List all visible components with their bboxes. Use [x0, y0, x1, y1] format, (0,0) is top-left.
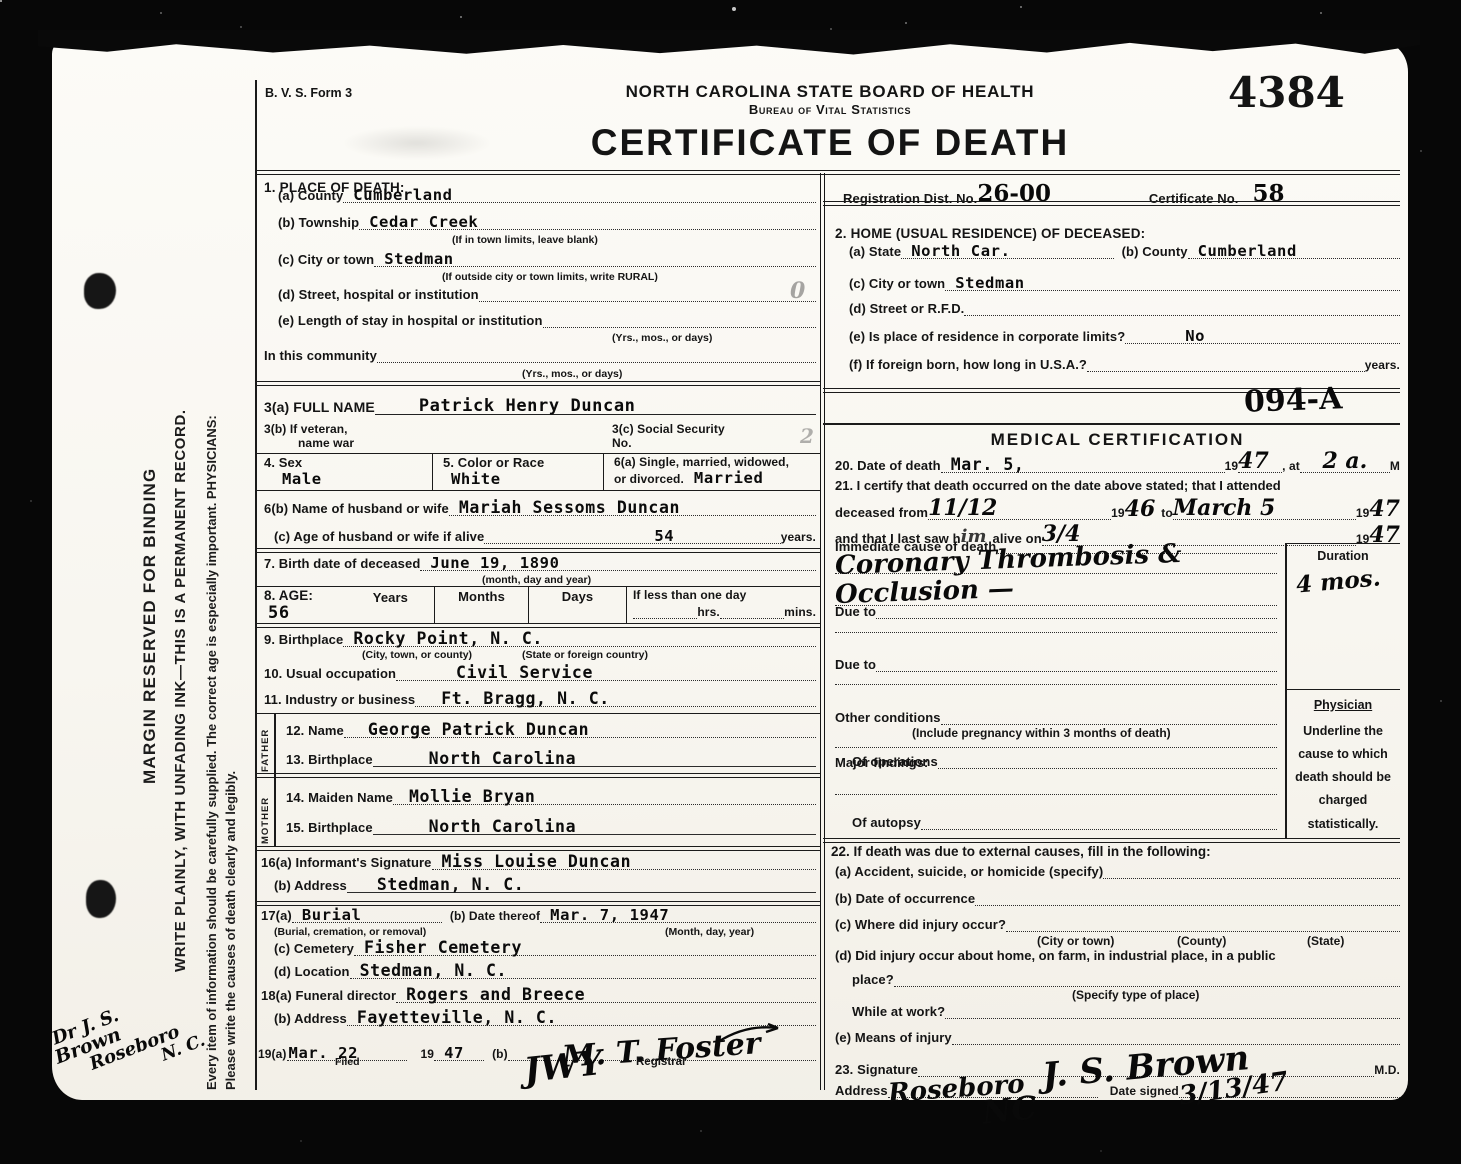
dod-label: 20. Date of death — [835, 458, 941, 473]
duration-value: 4 mos. — [1295, 566, 1381, 596]
mother-birthplace-label: 15. Birthplace — [286, 820, 373, 835]
attended-to-value: March 5 — [1173, 497, 1276, 519]
margin-binding-text: MARGIN RESERVED FOR BINDING — [140, 468, 160, 784]
spouse-label: 6(b) Name of husband or wife — [264, 501, 449, 516]
months-cell: Months — [434, 586, 528, 623]
marital-label-2: or divorced. — [614, 472, 684, 486]
filed-19: 19 — [407, 1047, 435, 1061]
burial-location-value: Stedman, N. C. — [350, 961, 507, 980]
marital-label-1: 6(a) Single, married, widowed, — [614, 455, 820, 469]
attended-to-label: to — [1155, 506, 1173, 520]
dod-19: 19 — [1225, 459, 1239, 473]
funeral-addr-value: Fayetteville, N. C. — [347, 1008, 557, 1027]
to-19: 19 — [1356, 506, 1370, 520]
birthplace-value: Rocky Point, N. C. — [343, 629, 543, 648]
place-section-rule — [255, 381, 820, 386]
corner-note: Dr J. S. Brown Roseboro N. C. — [50, 981, 208, 1099]
father-birthplace-label: 13. Birthplace — [286, 752, 373, 767]
mins-label: mins. — [784, 605, 816, 619]
parents-divider — [274, 713, 276, 846]
home-county-value: Cumberland — [1188, 242, 1297, 260]
cemetery-value: Fisher Cemetery — [354, 938, 522, 957]
physician-addr-label: Address — [835, 1083, 888, 1098]
spouse-age-label: (c) Age of husband or wife if alive — [274, 529, 484, 544]
from-year: 46 — [1125, 498, 1156, 520]
less-than-day-cell: If less than one day hrs. mins. — [626, 586, 820, 623]
occupation-label: 10. Usual occupation — [264, 666, 396, 681]
bureau-name: Bureau of Vital Statistics — [520, 102, 1140, 117]
informant-sig-label: 16(a) Informant's Signature — [261, 855, 432, 870]
to-year: 47 — [1369, 498, 1400, 520]
age-days-header: Days — [562, 589, 593, 604]
father-name-label: 12. Name — [286, 723, 344, 738]
place-county-value: Cumberland — [343, 186, 452, 204]
stray-pencil-two: 2 — [800, 426, 814, 446]
township-note: (If in town limits, leave blank) — [452, 234, 598, 246]
medical-code: 094-A — [1244, 384, 1343, 417]
age-years-header: Years — [373, 588, 434, 623]
punch-hole-top — [84, 273, 116, 309]
mother-side-label: MOTHER — [260, 797, 271, 844]
marital-value: Married — [684, 469, 764, 487]
sex-value: Male — [264, 470, 432, 488]
certificate-paper: MARGIN RESERVED FOR BINDING WRITE PLAINL… — [52, 42, 1408, 1100]
margin-legibly-text: Please write the causes of death clearly… — [223, 771, 238, 1090]
age-value: 56 — [264, 603, 313, 623]
burial-date-value: Mar. 7, 1947 — [540, 906, 669, 924]
birthplace-label: 9. Birthplace — [264, 632, 343, 647]
birth-date-note: (month, day and year) — [482, 574, 591, 586]
mother-birthplace-value: North Carolina — [373, 817, 576, 836]
place-city-value: Stedman — [374, 250, 454, 268]
community-label: In this community — [264, 348, 377, 363]
filed-b-label: (b) — [484, 1047, 508, 1061]
place-township-label: (b) Township — [278, 215, 359, 230]
mother-name-label: 14. Maiden Name — [286, 790, 393, 805]
age-label: 8. AGE: — [264, 588, 313, 603]
punch-hole-bottom — [86, 880, 116, 918]
physician-box-text: Underline the cause to which death shoul… — [1290, 720, 1396, 836]
other-conditions-note: (Include pregnancy within 3 months of de… — [912, 726, 1171, 740]
film-dust — [0, 0, 2, 2]
age-months-header: Months — [458, 589, 505, 604]
full-name-value: Patrick Henry Duncan — [375, 396, 636, 416]
microfilm-scan: MARGIN RESERVED FOR BINDING WRITE PLAINL… — [0, 0, 1461, 1164]
home-years-suffix: years. — [1365, 358, 1400, 372]
spouse-value: Mariah Sessoms Duncan — [449, 498, 680, 517]
home-corp-label: (e) Is place of residence in corporate l… — [849, 329, 1125, 344]
home-state-label: (a) State — [849, 244, 901, 259]
ss-label-1: 3(c) Social Security — [612, 422, 725, 436]
parents-bottom-rule — [255, 846, 820, 851]
dod-time: 2 a. — [1322, 450, 1367, 472]
place-street-label: (d) Street, hospital or institution — [278, 287, 479, 302]
certify-statement: 21. I certify that death occurred on the… — [835, 478, 1400, 493]
father-name-value: George Patrick Duncan — [344, 720, 589, 739]
informant-addr-label: (b) Address — [274, 878, 347, 893]
date-signed-label: Date signed — [1098, 1084, 1179, 1098]
mother-name-value: Mollie Bryan — [393, 787, 535, 806]
community-note: (Yrs., mos., or days) — [522, 368, 622, 380]
less-than-day-header: If less than one day — [633, 588, 816, 602]
due-to-label-1: Due to — [835, 604, 876, 619]
city-note: (If outside city or town limits, write R… — [442, 271, 658, 283]
medical-bottom-rule — [823, 838, 1400, 843]
dod-at-label: , at — [1282, 459, 1300, 473]
attended-from-value: 11/12 — [928, 497, 997, 519]
ss-field: 3(c) Social Security No. — [612, 422, 725, 450]
dod-value: Mar. 5, — [941, 455, 1025, 474]
informant-addr-value: Stedman, N. C. — [347, 875, 524, 894]
home-city-label: (c) City or town — [849, 276, 945, 291]
of-operations-label: Of operations — [852, 754, 938, 769]
external-a-label: (a) Accident, suicide, or homicide (spec… — [835, 864, 1103, 879]
side-box-divider — [1285, 543, 1287, 838]
sex-cell: 4. Sex Male — [255, 453, 432, 490]
sex-label: 4. Sex — [264, 455, 432, 470]
home-street-label: (d) Street or R.F.D. — [849, 301, 964, 316]
burial-label: 17(a) — [261, 908, 292, 923]
physician-box-top — [1285, 689, 1400, 690]
external-e-label: (e) Means of injury — [835, 1030, 952, 1045]
external-c-label: (c) Where did injury occur? — [835, 917, 1006, 932]
medical-heading: MEDICAL CERTIFICATION — [835, 430, 1400, 450]
industry-label: 11. Industry or business — [264, 692, 415, 707]
place-city-label: (c) City or town — [278, 252, 374, 267]
external-c-note1: (City or town) — [1037, 934, 1114, 948]
father-side-label: FATHER — [260, 729, 271, 772]
form-left-border — [255, 80, 257, 1090]
veteran-label-2: name war — [264, 436, 534, 450]
informant-sig-value: Miss Louise Duncan — [432, 852, 632, 871]
veteran-field: 3(b) If veteran, name war — [264, 422, 534, 450]
external-c-note3: (State) — [1307, 934, 1344, 948]
birth-date-value: June 19, 1890 — [420, 554, 559, 572]
duration-label: Duration — [1288, 549, 1398, 563]
external-d-note: (Specify type of place) — [1072, 988, 1199, 1002]
due-to-label-2: Due to — [835, 657, 876, 672]
marital-rule — [255, 490, 820, 491]
column-divider — [820, 173, 825, 1090]
filed-label: 19(a) — [258, 1047, 287, 1061]
full-name-label: 3(a) FULL NAME — [264, 399, 375, 415]
sex-race-marital-row: 4. Sex Male 5. Color or Race White 6(a) … — [255, 453, 820, 490]
days-cell: Days — [528, 586, 626, 623]
duration-box-top — [1285, 543, 1400, 544]
burial-location-label: (d) Location — [274, 964, 350, 979]
reg-rule — [823, 201, 1400, 206]
burial-date-label: (b) Date thereof — [442, 909, 540, 923]
place-stay-label: (e) Length of stay in hospital or instit… — [278, 313, 543, 328]
ink-smudge — [342, 126, 492, 160]
home-foreign-label: (f) If foreign born, how long in U.S.A.? — [849, 357, 1087, 372]
from-19: 19 — [1111, 506, 1125, 520]
registrar-flourish — [716, 1022, 786, 1044]
home-heading: 2. HOME (USUAL RESIDENCE) OF DECEASED: — [835, 226, 1145, 241]
physician-state-value: NC — [980, 1091, 1038, 1129]
race-cell: 5. Color or Race White — [432, 453, 603, 490]
external-c-note2: (County) — [1177, 934, 1226, 948]
veteran-label-1: 3(b) If veteran, — [264, 422, 534, 436]
home-city-value: Stedman — [945, 274, 1025, 292]
margin-supply-text: Every item of information should be care… — [204, 415, 219, 1090]
signature-label: 23. Signature — [835, 1062, 918, 1077]
spouse-age-value: 54 — [484, 527, 674, 545]
age-rule — [255, 623, 820, 628]
hrs-label: hrs. — [697, 605, 719, 619]
other-conditions-label: Other conditions — [835, 710, 941, 725]
certificate-title: CERTIFICATE OF DEATH — [490, 122, 1170, 164]
margin-plainly-text: WRITE PLAINLY, WITH UNFADING INK—THIS IS… — [172, 409, 189, 972]
external-heading: 22. If death was due to external causes,… — [831, 844, 1211, 859]
code-rule — [823, 423, 1400, 425]
burial-type-value: Burial — [292, 906, 362, 924]
race-label: 5. Color or Race — [443, 455, 603, 470]
age-cell: 8. AGE: 56 Years — [255, 586, 434, 623]
external-b-label: (b) Date of occurrence — [835, 891, 975, 906]
home-state-value: North Car. — [901, 242, 1010, 260]
form-number: B. V. S. Form 3 — [265, 86, 352, 100]
dod-year: 47 — [1238, 450, 1269, 472]
place-county-label: (a) County — [278, 188, 343, 203]
stray-pencil-zero: 0 — [790, 280, 805, 302]
race-value: White — [443, 470, 603, 488]
place-township-value: Cedar Creek — [359, 213, 478, 231]
funeral-director-value: Rogers and Breece — [396, 985, 585, 1004]
stay-note: (Yrs., mos., or days) — [612, 332, 712, 344]
birthplace-note-1: (City, town, or county) — [362, 649, 472, 661]
parents-top-rule — [255, 713, 820, 714]
father-birthplace-value: North Carolina — [373, 749, 576, 768]
cemetery-label: (c) Cemetery — [274, 941, 354, 956]
while-at-work-label: While at work? — [852, 1004, 945, 1019]
filed-note: Filed — [335, 1056, 360, 1068]
filed-year-value: 47 — [434, 1044, 464, 1062]
org-name: NORTH CAROLINA STATE BOARD OF HEALTH — [520, 82, 1140, 102]
home-county-label: (b) County — [1114, 244, 1188, 259]
father-mother-rule — [255, 773, 820, 778]
md-label: M.D. — [1374, 1063, 1400, 1077]
physician-box-title: Physician — [1290, 698, 1396, 712]
registrar-label: Registrar — [636, 1056, 687, 1068]
dod-m-label: M — [1390, 459, 1400, 473]
home-corp-value: No — [1125, 327, 1205, 345]
header-rule — [255, 170, 1400, 175]
external-d2-label: place? — [852, 972, 894, 987]
burial-date-note: (Month, day, year) — [665, 926, 754, 938]
spouse-age-suffix: years. — [781, 530, 816, 544]
occupation-value: Civil Service — [396, 663, 593, 682]
of-autopsy-label: Of autopsy — [852, 815, 921, 830]
serial-number: 4384 — [1228, 68, 1345, 117]
attended-from-label: deceased from — [835, 505, 928, 520]
registrar-initials: JWY — [522, 1046, 604, 1088]
birthplace-note-2: (State or foreign country) — [522, 649, 648, 661]
marital-cell: 6(a) Single, married, widowed, or divorc… — [603, 453, 820, 490]
burial-note: (Burial, cremation, or removal) — [274, 926, 426, 938]
spouse-rule — [255, 548, 820, 553]
external-d-label: (d) Did injury occur about home, on farm… — [835, 948, 1400, 963]
ss-label-2: No. — [612, 436, 725, 450]
age-box: 8. AGE: 56 Years Months Days If less tha… — [255, 586, 820, 623]
birth-date-label: 7. Birth date of deceased — [264, 556, 420, 571]
industry-value: Ft. Bragg, N. C. — [415, 689, 610, 708]
funeral-director-label: 18(a) Funeral director — [261, 988, 396, 1003]
funeral-addr-label: (b) Address — [274, 1011, 347, 1026]
